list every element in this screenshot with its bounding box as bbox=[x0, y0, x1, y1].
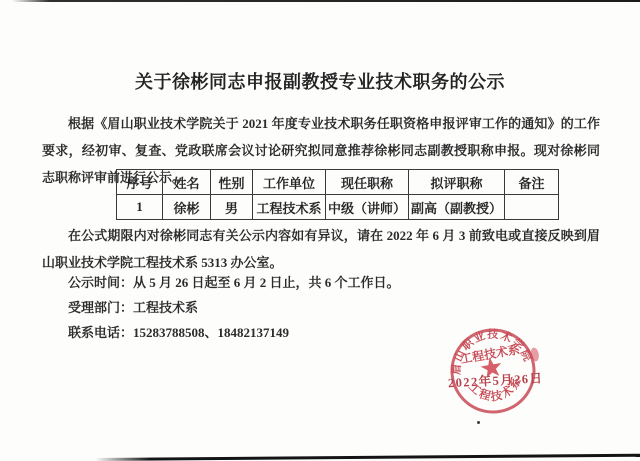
scan-edge-bottom bbox=[95, 454, 640, 461]
publicity-table: 序号 姓名 性别 工作单位 现任职称 拟评职称 备注 1 徐彬 男 工程技术系 … bbox=[116, 169, 559, 220]
cell-seq: 1 bbox=[117, 195, 163, 220]
objection-paragraph: 在公式期限内对徐彬同志有关公示内容如有异议，请在 2022 年 6 月 3 前致… bbox=[42, 222, 600, 276]
publicity-time-line: 公示时间：从 5 月 26 日起至 6 月 2 日止，共 6 个工作日。 bbox=[68, 272, 400, 291]
cell-workunit: 工程技术系 bbox=[253, 195, 326, 220]
cell-remark bbox=[505, 195, 559, 220]
col-header-remark: 备注 bbox=[505, 170, 559, 195]
table-row: 1 徐彬 男 工程技术系 中级（讲师） 副高（副教授） bbox=[117, 195, 559, 220]
accepting-department-line: 受理部门：工程技术系 bbox=[68, 297, 198, 316]
cell-current: 中级（讲师） bbox=[326, 195, 409, 220]
col-header-proposed: 拟评职称 bbox=[409, 170, 505, 195]
col-header-gender: 性别 bbox=[211, 170, 253, 195]
col-header-name: 姓名 bbox=[163, 170, 211, 195]
scanned-document-page: 关于徐彬同志申报副教授专业技术职务的公示 根据《眉山职业技术学院关于 2021 … bbox=[0, 0, 640, 461]
col-header-current: 现任职称 bbox=[326, 170, 409, 195]
col-header-workunit: 工作单位 bbox=[253, 170, 326, 195]
cell-proposed: 副高（副教授） bbox=[409, 195, 505, 220]
page-title: 关于徐彬同志申报副教授专业技术职务的公示 bbox=[0, 68, 640, 94]
table-header-row: 序号 姓名 性别 工作单位 现任职称 拟评职称 备注 bbox=[117, 170, 559, 195]
ink-speck bbox=[477, 421, 480, 424]
cell-gender: 男 bbox=[211, 195, 253, 220]
col-header-seq: 序号 bbox=[117, 170, 163, 195]
contact-phone-line: 联系电话：15283788508、18482137149 bbox=[68, 322, 289, 341]
cell-name: 徐彬 bbox=[163, 195, 211, 220]
official-seal: 眉山职业技术学院 工程技术系 2022年5月26日 工程技术系 bbox=[418, 296, 568, 446]
scan-edge-top bbox=[12, 0, 640, 2]
